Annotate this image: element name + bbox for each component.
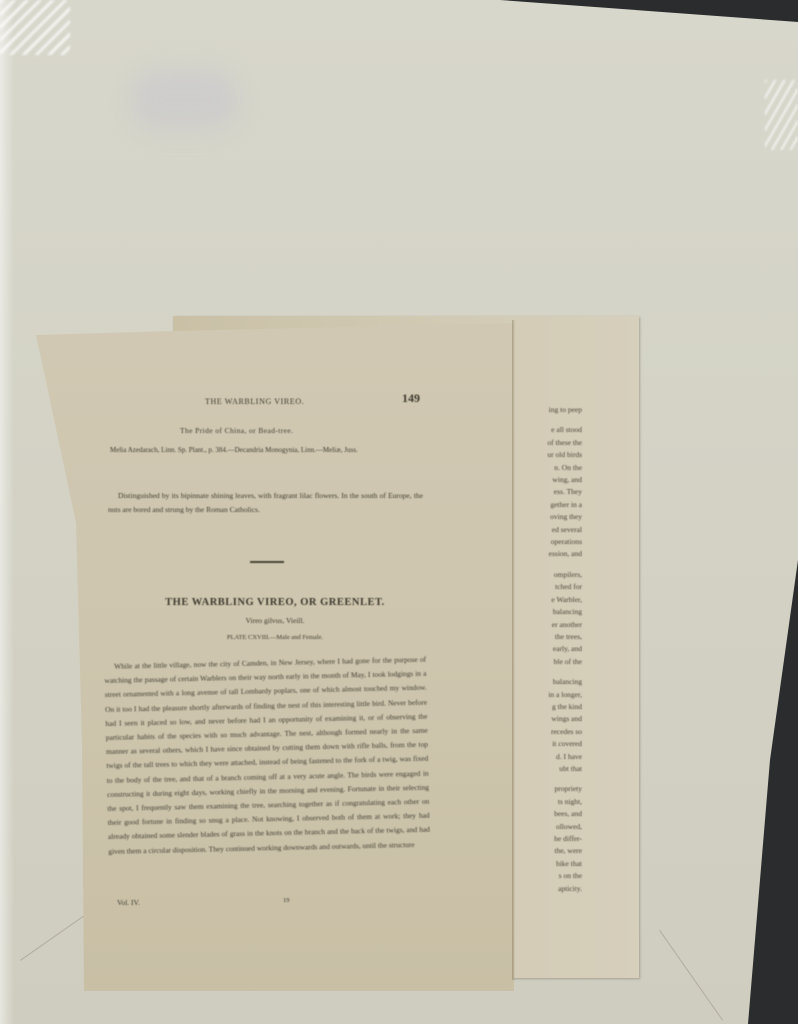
back-page-line: ollowed,	[510, 821, 582, 833]
back-page-line: apticity.	[510, 883, 582, 895]
plate-caption: PLATE CXVIII.—Male and Female.	[150, 634, 400, 641]
page-number: 149	[402, 391, 420, 406]
back-page-line: hike that	[510, 858, 582, 870]
back-page-line: of these the	[510, 437, 582, 449]
section-divider-rule	[250, 561, 284, 563]
signature-mark: 19	[283, 897, 290, 904]
back-page-line: balancing	[510, 676, 582, 688]
back-page-line: it covered	[510, 738, 582, 750]
plastic-glare-top-right	[765, 80, 798, 150]
back-page-line	[510, 561, 582, 569]
back-page-line	[510, 775, 582, 783]
back-page-line: tched for	[510, 581, 582, 593]
back-page-line: oving they	[510, 511, 582, 523]
back-page-line: wings and	[510, 713, 582, 725]
article-body: While at the little village, now the cit…	[104, 653, 430, 859]
back-page-line: ed several	[510, 524, 582, 536]
back-page-line: ubt that	[510, 763, 582, 775]
back-page-line	[510, 416, 582, 424]
back-page-line	[510, 668, 582, 676]
volume-footer: Vol. IV.	[117, 898, 140, 907]
back-page-line: e all stood	[510, 424, 582, 436]
article-title: THE WARBLING VIREO, OR GREENLET.	[150, 597, 400, 608]
back-page-line: ble of the	[510, 656, 582, 668]
latin-name: Vireo gilvus, Vieill.	[150, 616, 400, 625]
plastic-glare-top-left	[0, 0, 70, 55]
plant-synonymy: Melia Azedarach, Linn. Sp. Plant., p. 38…	[110, 444, 422, 457]
back-page-line: ing to peep	[510, 404, 582, 416]
back-page-line: ts night,	[510, 796, 582, 808]
back-page-line: ession, and	[510, 548, 582, 560]
back-page-line: the, were	[510, 845, 582, 857]
reflection-smudge	[130, 70, 240, 130]
back-page-line: propriety	[510, 783, 582, 795]
back-page-line: bees, and	[510, 808, 582, 820]
back-page-line: recedes so	[510, 726, 582, 738]
back-page-line: er another	[510, 619, 582, 631]
back-page-line: early, and	[510, 643, 582, 655]
back-page-line: n. On the	[510, 462, 582, 474]
back-page-line: d. I have	[510, 751, 582, 763]
back-page-line: g the kind	[510, 701, 582, 713]
back-page-line: balancing	[510, 606, 582, 618]
back-page-line: wing, and	[510, 474, 582, 486]
running-head: THE WARBLING VIREO.	[205, 397, 304, 406]
back-page-line: he differ-	[510, 833, 582, 845]
back-page-line: operations	[510, 536, 582, 548]
back-page-line: in a longer,	[510, 689, 582, 701]
back-page-line: e Warbler,	[510, 594, 582, 606]
back-page-line: ompilers,	[510, 569, 582, 581]
plant-heading: The Pride of China, or Bead-tree.	[180, 426, 293, 435]
back-page-line: gether in a	[510, 499, 582, 511]
back-page-line: the trees,	[510, 631, 582, 643]
back-page-line: s on the	[510, 870, 582, 882]
page-edge-shadow	[512, 320, 515, 980]
back-page-text-column: 151 ing to peepe all stoodof these theur…	[510, 404, 582, 895]
plant-description: Distinguished by its bipinnate shining l…	[108, 489, 423, 516]
back-page-line: ess. They	[510, 486, 582, 498]
back-page-line: ur old birds	[510, 449, 582, 461]
